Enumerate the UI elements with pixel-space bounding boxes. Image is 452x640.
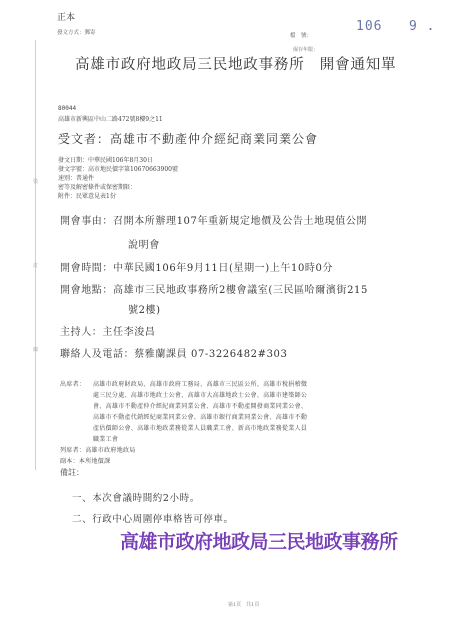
binding-line — [35, 40, 36, 470]
document-title: 高雄市政府地政局三民地政事務所 開會通知單 — [75, 53, 396, 74]
retention-label: 保存年限： — [293, 46, 318, 53]
meeting-subject: 開會事由：召開本所辦理107年重新規定地價及公告土地現值公開 — [60, 212, 367, 227]
attachment: 附件：民眾意見表1份 — [58, 191, 116, 200]
time-label: 開會時間： — [60, 263, 113, 274]
meeting-time: 開會時間：中華民國106年9月11日(星期一)上午10時0分 — [60, 259, 333, 274]
send-method: 發文方式：郵寄 — [57, 28, 96, 36]
binding-mark: 裝 — [33, 178, 38, 185]
receipt-date-stamp: 106 9 . 01 — [356, 19, 452, 34]
receipt-month: 9 — [409, 19, 418, 34]
meeting-location: 開會地點：高雄市三民地政事務所2樓會議室(三民區哈爾濱街215 — [60, 281, 368, 296]
receipt-year: 106 — [356, 19, 382, 34]
meeting-contact: 聯絡人及電話：蔡雅蘭課員 07-3226482#303 — [60, 345, 287, 360]
recipient: 受文者：高雄市不動產仲介經紀商業同業公會 — [58, 130, 318, 147]
location-label: 開會地點： — [60, 285, 113, 296]
attendees-label: 出席者： — [60, 379, 85, 388]
time-text: 中華民國106年9月11日(星期一)上午10時0分 — [113, 263, 333, 274]
remark-item: 二、行政中心周圍停車格皆可停車。 — [72, 511, 234, 525]
attendees-line: 產估價師公會、高雄市地政業務從業人員職業工會、新高市地政業務從業人員 — [93, 423, 307, 432]
attendees-line: 高雄市政府財政局、高雄市政府工務局、高雄市三民區公所、高雄市稅捐稽徵 — [93, 379, 307, 388]
page-number: 第1頁 共1頁 — [228, 601, 259, 608]
observers: 列席者：高雄市政府地政局 — [60, 445, 136, 454]
issue-number: 發文字號：高市地民價字第10670663900號 — [58, 164, 178, 173]
subject-continuation: 說明會 — [128, 236, 160, 251]
speed: 速別：普通件 — [58, 173, 94, 182]
subject-text: 召開本所辦理107年重新規定地價及公告土地現值公開 — [113, 216, 367, 227]
address: 高雄市新興區中山二路472號8樓9之11 — [58, 114, 163, 123]
remark-item: 一、本次會議時間約2小時。 — [72, 490, 200, 504]
copy-to: 副本：本所地價課 — [60, 456, 110, 465]
meeting-host: 主持人：主任李浚昌 — [60, 323, 155, 338]
attendees-line: 處三民分處、高雄市地政士公會、高雄市大高雄地政士公會、高雄市建築師公 — [93, 390, 307, 399]
attendees-line: 高雄市不動產代銷經紀商業同業公會、高雄市銀行商業同業公會、高雄市不動 — [93, 412, 307, 421]
copy-type: 正本 — [57, 10, 75, 23]
location-continuation: 號2樓) — [128, 301, 161, 316]
binding-mark: 訂 — [33, 262, 38, 269]
remarks-label: 備註： — [60, 467, 84, 478]
confidentiality: 密等及解密條件或保密期限： — [58, 182, 136, 191]
official-seal-stamp: 高雄市政府地政局三民地政事務所 — [120, 527, 398, 554]
binding-mark: 線 — [33, 346, 38, 353]
document-page: 裝 訂 線 正本 發文方式：郵寄 檔 號： 保存年限： 106 9 . 01 高… — [0, 0, 452, 640]
postal-code: 80044 — [58, 105, 76, 112]
subject-label: 開會事由： — [60, 216, 113, 227]
attendees-line: 會、高雄市不動產仲介經紀商業同業公會、高雄市不動產開發商業同業公會、 — [93, 401, 307, 410]
attendees-line: 職業工會 — [93, 434, 118, 443]
issue-date: 發文日期：中華民國106年8月30日 — [58, 155, 153, 164]
file-number-label: 檔 號： — [290, 31, 312, 39]
location-text: 高雄市三民地政事務所2樓會議室(三民區哈爾濱街215 — [113, 285, 368, 296]
